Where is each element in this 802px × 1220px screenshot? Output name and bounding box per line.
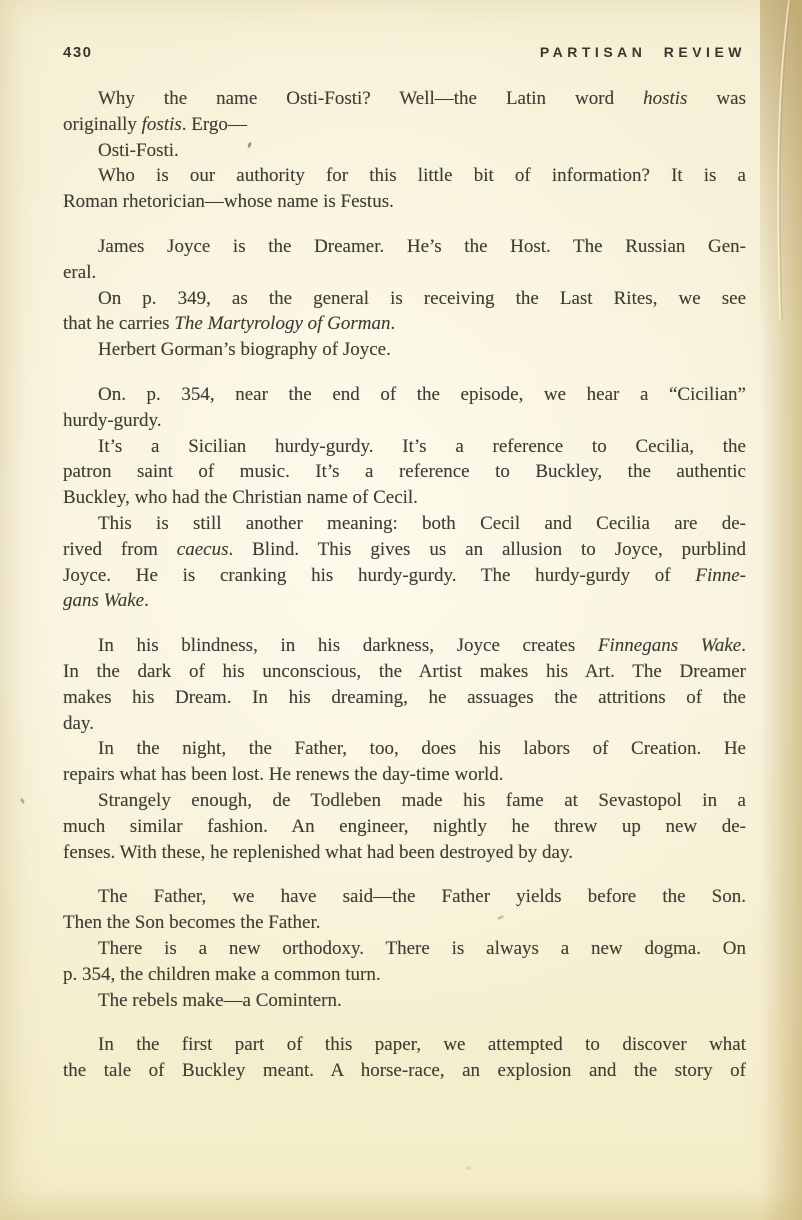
page-number: 430 bbox=[63, 44, 93, 61]
text-line: Then the Son becomes the Father. bbox=[63, 910, 746, 936]
text-section: James Joyce is the Dreamer. He’s the Hos… bbox=[63, 234, 746, 363]
text-line: There is a new orthodoxy. There is alway… bbox=[63, 936, 746, 962]
text-line: The rebels make—a Comintern. bbox=[63, 988, 746, 1014]
text-line: day. bbox=[63, 711, 746, 737]
ink-speck bbox=[466, 1166, 471, 1170]
text-line: Who is our authority for this little bit… bbox=[63, 163, 746, 189]
text-line: In his blindness, in his darkness, Joyce… bbox=[63, 633, 746, 659]
ink-speck bbox=[20, 798, 26, 805]
text-line: Joyce. He is cranking his hurdy-gurdy. T… bbox=[63, 563, 746, 589]
text-line: repairs what has been lost. He renews th… bbox=[63, 762, 746, 788]
text-line: Buckley, who had the Christian name of C… bbox=[63, 485, 746, 511]
text-line: much similar fashion. An engineer, night… bbox=[63, 814, 746, 840]
text-line: p. 354, the children make a common turn. bbox=[63, 962, 746, 988]
text-line: Why the name Osti-Fosti? Well—the Latin … bbox=[63, 86, 746, 112]
text-block: Why the name Osti-Fosti? Well—the Latin … bbox=[63, 86, 746, 1084]
text-line: Herbert Gorman’s biography of Joyce. bbox=[63, 337, 746, 363]
page-crease-line bbox=[756, 0, 802, 320]
text-line: Strangely enough, de Todleben made his f… bbox=[63, 788, 746, 814]
text-line: Roman rhetorician—whose name is Festus. bbox=[63, 189, 746, 215]
text-section: In his blindness, in his darkness, Joyce… bbox=[63, 633, 746, 865]
text-line: hurdy-gurdy. bbox=[63, 408, 746, 434]
scanned-page: 430 PARTISAN REVIEW Why the name Osti-Fo… bbox=[0, 0, 802, 1220]
text-line: It’s a Sicilian hurdy-gurdy. It’s a refe… bbox=[63, 434, 746, 460]
text-line: In the dark of his unconscious, the Arti… bbox=[63, 659, 746, 685]
text-line: originally fostis. Ergo— bbox=[63, 112, 746, 138]
text-line: fenses. With these, he replenished what … bbox=[63, 840, 746, 866]
text-line: that he carries The Martyrology of Gorma… bbox=[63, 311, 746, 337]
text-section: Why the name Osti-Fosti? Well—the Latin … bbox=[63, 86, 746, 215]
text-line: eral. bbox=[63, 260, 746, 286]
text-line: patron saint of music. It’s a reference … bbox=[63, 459, 746, 485]
text-line: Osti-Fosti. bbox=[63, 138, 746, 164]
text-line: James Joyce is the Dreamer. He’s the Hos… bbox=[63, 234, 746, 260]
text-line: In the first part of this paper, we atte… bbox=[63, 1032, 746, 1058]
text-line: rived from caecus. Blind. This gives us … bbox=[63, 537, 746, 563]
text-line: The Father, we have said—the Father yiel… bbox=[63, 884, 746, 910]
text-section: In the first part of this paper, we atte… bbox=[63, 1032, 746, 1084]
text-line: gans Wake. bbox=[63, 588, 746, 614]
text-line: This is still another meaning: both Ceci… bbox=[63, 511, 746, 537]
text-section: On. p. 354, near the end of the episode,… bbox=[63, 382, 746, 614]
text-line: In the night, the Father, too, does his … bbox=[63, 736, 746, 762]
text-line: makes his Dream. In his dreaming, he ass… bbox=[63, 685, 746, 711]
text-section: The Father, we have said—the Father yiel… bbox=[63, 884, 746, 1013]
running-head: 430 PARTISAN REVIEW bbox=[63, 44, 746, 61]
text-line: On. p. 354, near the end of the episode,… bbox=[63, 382, 746, 408]
text-line: the tale of Buckley meant. A horse-race,… bbox=[63, 1058, 746, 1084]
journal-title: PARTISAN REVIEW bbox=[540, 44, 746, 60]
text-line: On p. 349, as the general is receiving t… bbox=[63, 286, 746, 312]
